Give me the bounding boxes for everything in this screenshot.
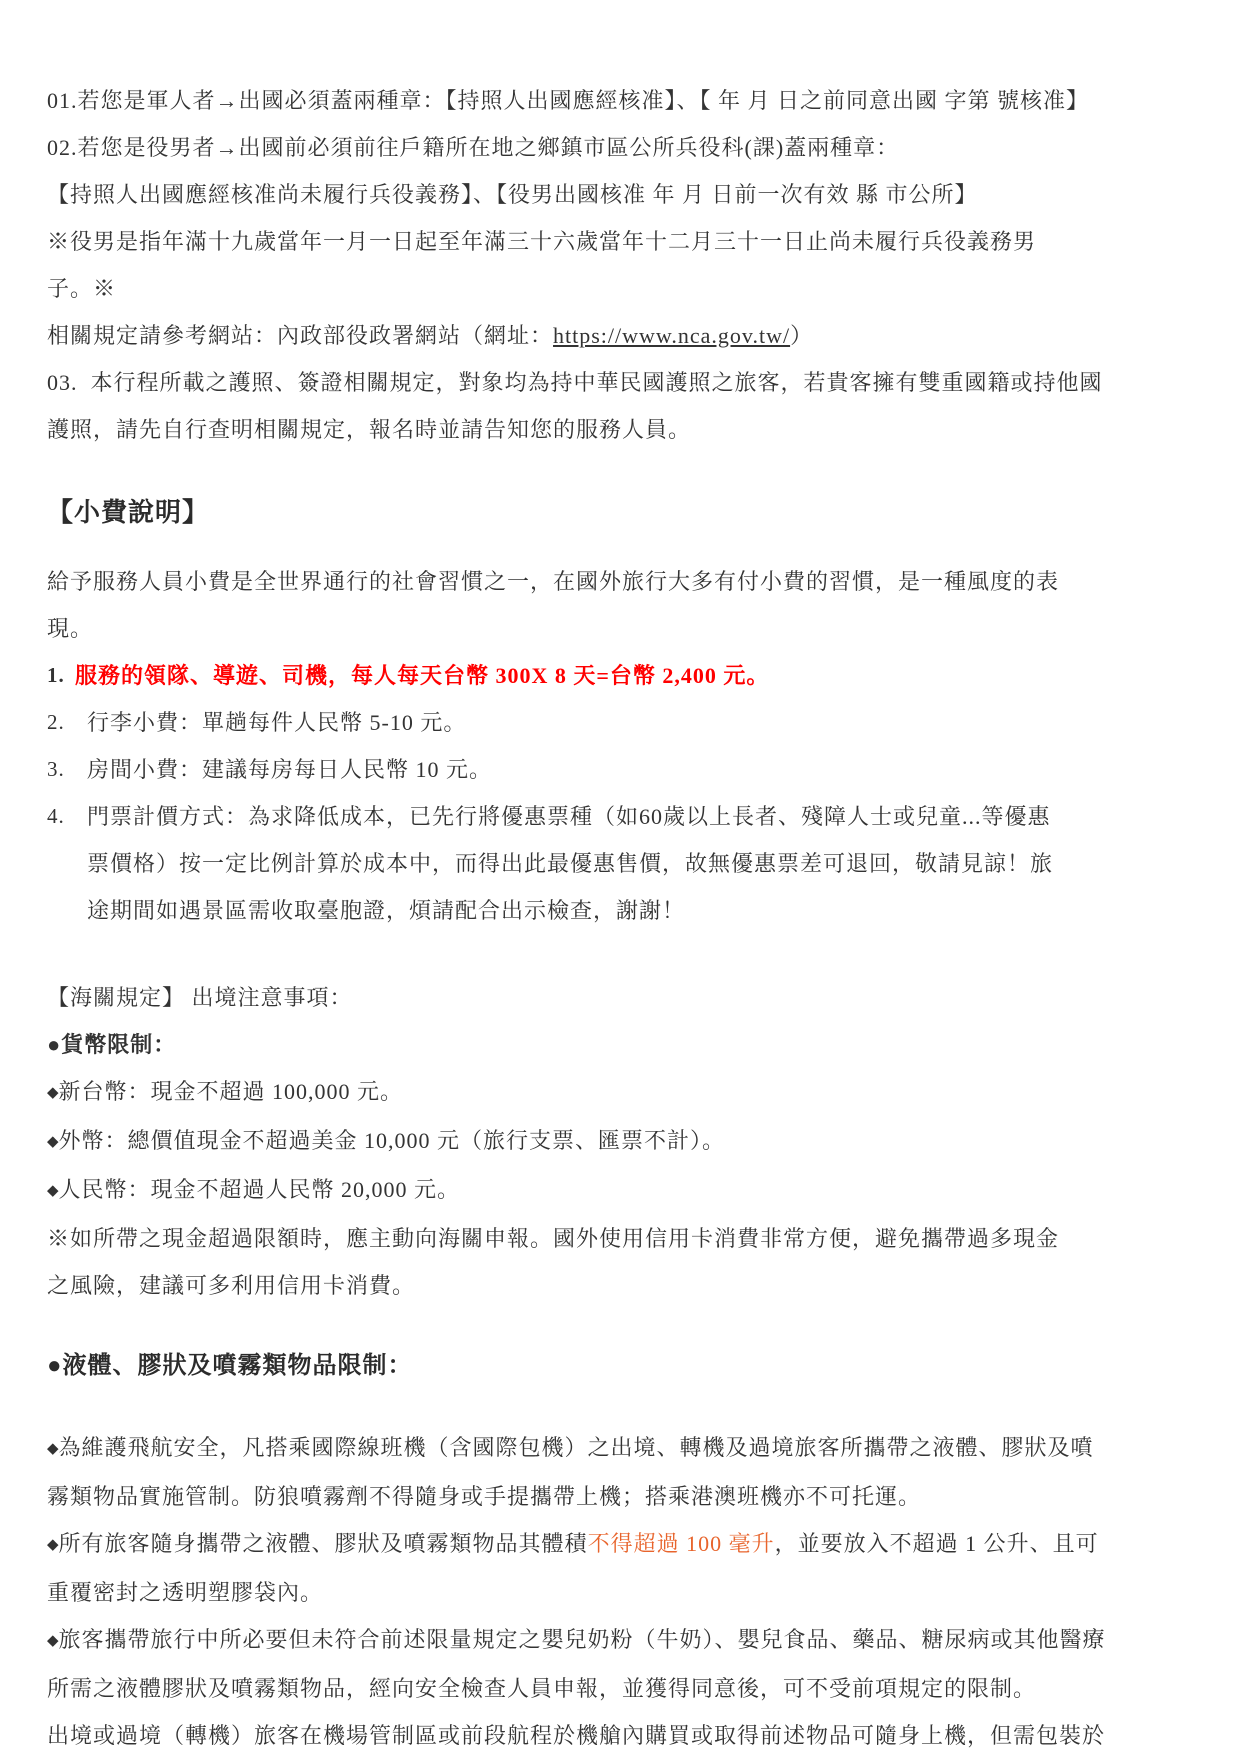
- diamond-bullet-icon: ◆: [47, 1134, 59, 1150]
- diamond-bullet-icon: ◆: [47, 1183, 59, 1199]
- draftee-definition-line1: ※役男是指年滿十九歲當年一月一日起至年滿三十六歲當年十二月三十一日止尚未履行兵役…: [47, 218, 1201, 265]
- liquids-rule-2-limit-highlight: 不得超過 100 毫升: [588, 1531, 775, 1556]
- liquids-rule-1-line1: ◆為維護飛航安全，凡搭乘國際線班機（含國際包機）之出境、轉機及過境旅客所攜帶之液…: [47, 1424, 1201, 1473]
- liquids-rule-1-text1: 為維護飛航安全，凡搭乘國際線班機（含國際包機）之出境、轉機及過境旅客所攜帶之液體…: [59, 1435, 1094, 1460]
- currency-item-foreign: ◆外幣：總價值現金不超過美金 10,000 元（旅行支票、匯票不計）。: [47, 1117, 1201, 1166]
- tip-item-room: 3. 房間小費：建議每房每日人民幣 10 元。: [47, 746, 1201, 793]
- passport-regulation-note-line1: 03. 本行程所載之護照、簽證相關規定，對象均為持中華民國護照之旅客，若貴客擁有…: [47, 359, 1201, 406]
- tip-item-4-line3: 途期間如遇景區需收取臺胞證，煩請配合出示檢查，謝謝！: [87, 887, 1201, 934]
- liquids-rule-2-line2: 重覆密封之透明塑膠袋內。: [47, 1569, 1201, 1616]
- tips-heading: 【小費說明】: [47, 489, 1201, 536]
- liquids-rule-2-line1: ◆所有旅客隨身攜帶之液體、膠狀及噴霧類物品其體積不得超過 100 毫升，並要放入…: [47, 1520, 1201, 1569]
- diamond-bullet-icon: ◆: [47, 1537, 59, 1553]
- draftee-definition-line2: 子。※: [47, 265, 1201, 312]
- draftee-stamp-note: 02.若您是役男者→出國前必須前往戶籍所在地之鄉鎮市區公所兵役科(課)蓋兩種章：: [47, 124, 1201, 171]
- customs-section: 【海關規定】 出境注意事項： ●貨幣限制： ◆新台幣：現金不超過 100,000…: [47, 974, 1201, 1755]
- liquids-rule-2-post: ，並要放入不超過 1 公升、且可: [775, 1531, 1099, 1556]
- diamond-bullet-icon: ◆: [47, 1441, 59, 1457]
- tip-item-2-text: 行李小費：單趟每件人民幣 5-10 元。: [87, 699, 1201, 746]
- tip-item-4-line2: 票價格）按一定比例計算於成本中，而得出此最優惠售價，故無優惠票差可退回，敬請見諒…: [87, 840, 1201, 887]
- military-stamp-note: 01.若您是軍人者→出國必須蓋兩種章：【持照人出國應經核准】、【 年 月 日之前…: [47, 77, 1201, 124]
- reference-website-line: 相關規定請參考網站：內政部役政署網站（網址：https://www.nca.go…: [47, 312, 1201, 359]
- tips-intro-line2: 現。: [47, 605, 1201, 652]
- passport-visa-notes: 01.若您是軍人者→出國必須蓋兩種章：【持照人出國應經核准】、【 年 月 日之前…: [47, 77, 1201, 453]
- liquids-limit-title: ●液體、膠狀及噴霧類物品限制：: [47, 1343, 1201, 1390]
- liquids-rule-4-line: 出境或過境（轉機）旅客在機場管制區或前段航程於機艙內購買或取得前述物品可隨身上機…: [47, 1712, 1201, 1755]
- tip-item-4-number: 4.: [47, 793, 87, 840]
- currency-item-twd: ◆新台幣：現金不超過 100,000 元。: [47, 1068, 1201, 1117]
- passport-regulation-note-line2: 護照，請先自行查明相關規定，報名時並請告知您的服務人員。: [47, 406, 1201, 453]
- tip-item-3-text: 房間小費：建議每房每日人民幣 10 元。: [87, 746, 1201, 793]
- tip-item-4-line1: 門票計價方式：為求降低成本，已先行將優惠票種（如60歲以上長者、殘障人士或兒童.…: [87, 793, 1201, 840]
- reference-website-prefix: 相關規定請參考網站：內政部役政署網站（網址：: [47, 323, 553, 348]
- nca-website-link[interactable]: https://www.nca.gov.tw/: [553, 323, 790, 348]
- tip-item-luggage: 2. 行李小費：單趟每件人民幣 5-10 元。: [47, 699, 1201, 746]
- liquids-rule-3-line2: 所需之液體膠狀及噴霧類物品，經向安全檢查人員申報，並獲得同意後，可不受前項規定的…: [47, 1665, 1201, 1712]
- tip-item-1-text: 服務的領隊、導遊、司機，每人每天台幣 300X 8 天=台幣 2,400 元。: [75, 652, 1201, 699]
- tip-item-ticket-pricing: 4. 門票計價方式：為求降低成本，已先行將優惠票種（如60歲以上長者、殘障人士或…: [47, 793, 1201, 934]
- tip-item-3-number: 3.: [47, 746, 87, 793]
- liquids-rule-3-text1: 旅客攜帶旅行中所必要但未符合前述限量規定之嬰兒奶粉（牛奶）、嬰兒食品、藥品、糖尿…: [59, 1627, 1106, 1652]
- tips-section: 【小費說明】 給予服務人員小費是全世界通行的社會習慣之一，在國外旅行大多有付小費…: [47, 489, 1201, 934]
- currency-declare-note-line2: 之風險，建議可多利用信用卡消費。: [47, 1262, 1201, 1309]
- tip-item-1-number: 1.: [47, 652, 75, 699]
- tips-intro-line1: 給予服務人員小費是全世界通行的社會習慣之一，在國外旅行大多有付小費的習慣，是一種…: [47, 558, 1201, 605]
- currency-item-twd-text: 新台幣：現金不超過 100,000 元。: [59, 1079, 404, 1104]
- tip-item-guide-driver: 1. 服務的領隊、導遊、司機，每人每天台幣 300X 8 天=台幣 2,400 …: [47, 652, 1201, 699]
- draftee-stamp-note-line2: 【持照人出國應經核准尚未履行兵役義務】、【役男出國核准 年 月 日前一次有效 縣…: [47, 171, 1201, 218]
- diamond-bullet-icon: ◆: [47, 1633, 59, 1649]
- currency-item-rmb: ◆人民幣：現金不超過人民幣 20,000 元。: [47, 1166, 1201, 1215]
- tip-item-2-number: 2.: [47, 699, 87, 746]
- diamond-bullet-icon: ◆: [47, 1085, 59, 1101]
- currency-limit-title: ●貨幣限制：: [47, 1021, 1201, 1068]
- customs-heading: 【海關規定】 出境注意事項：: [47, 974, 1201, 1021]
- reference-website-suffix: ）: [790, 323, 813, 348]
- liquids-rule-3-line1: ◆旅客攜帶旅行中所必要但未符合前述限量規定之嬰兒奶粉（牛奶）、嬰兒食品、藥品、糖…: [47, 1616, 1201, 1665]
- currency-item-rmb-text: 人民幣：現金不超過人民幣 20,000 元。: [59, 1177, 461, 1202]
- liquids-rule-2-pre: 所有旅客隨身攜帶之液體、膠狀及噴霧類物品其體積: [59, 1531, 588, 1556]
- currency-item-foreign-text: 外幣：總價值現金不超過美金 10,000 元（旅行支票、匯票不計）。: [59, 1128, 726, 1153]
- liquids-rule-1-line2: 霧類物品實施管制。防狼噴霧劑不得隨身或手提攜帶上機；搭乘港澳班機亦不可托運。: [47, 1473, 1201, 1520]
- currency-declare-note-line1: ※如所帶之現金超過限額時，應主動向海關申報。國外使用信用卡消費非常方便，避免攜帶…: [47, 1215, 1201, 1262]
